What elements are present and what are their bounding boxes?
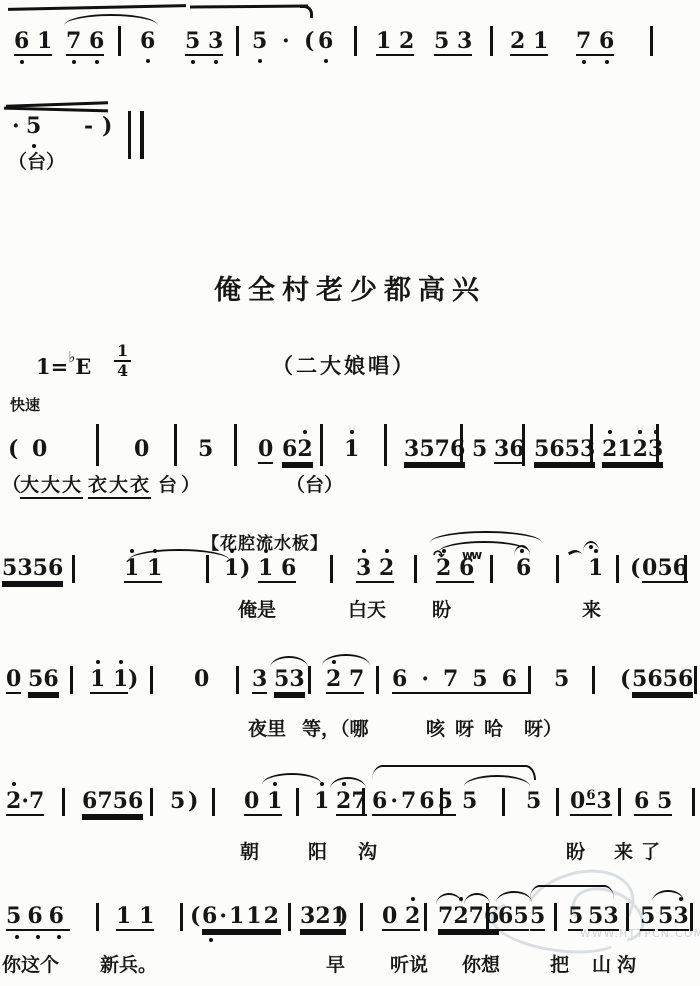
notation-system: 5661 1(6·112321)0 27276655553553你这个新兵。早听… <box>0 878 700 986</box>
note-group: 56 <box>28 668 59 694</box>
barline <box>440 788 443 816</box>
note-group: 2123 <box>602 438 663 464</box>
barline <box>150 788 153 816</box>
octave-dot-above <box>442 549 446 553</box>
lyric-text: 沟 <box>358 843 377 862</box>
barline <box>616 555 619 583</box>
fermata-dot <box>520 549 524 553</box>
barline <box>376 666 379 694</box>
note-group: ) <box>338 905 348 927</box>
note-group: 1 1 <box>116 905 154 931</box>
note-group: 6 5 <box>634 790 672 816</box>
tie-line <box>190 4 308 8</box>
note-group: 2 7 <box>326 668 364 694</box>
barline <box>206 555 209 583</box>
note-group: 0 <box>6 668 21 694</box>
lyric-text: （ <box>2 476 21 495</box>
barline <box>684 555 687 583</box>
key-signature: 1=♭E <box>36 352 91 379</box>
note-group: 1 1 <box>124 557 162 583</box>
note-group: 6·756 <box>392 668 531 694</box>
barline <box>296 788 299 816</box>
note-group: ( <box>190 905 200 927</box>
note-group: 5 3 <box>434 30 472 56</box>
barline <box>320 424 323 466</box>
lyric-text: 山沟 <box>592 956 642 975</box>
note-group: ( <box>630 557 640 579</box>
barline <box>650 26 653 56</box>
octave-dot-below <box>209 938 213 942</box>
octave-dot-above <box>12 782 16 786</box>
barline <box>118 26 121 56</box>
tempo-marking: 快速 <box>10 394 40 415</box>
note-group: 2 1 <box>510 30 548 56</box>
note-group: 5 3 <box>185 30 223 56</box>
grace-note: 6 <box>586 788 595 805</box>
note-group: 566 <box>6 905 70 931</box>
octave-dot-above <box>230 549 234 553</box>
note-group: 62 <box>282 438 313 464</box>
note-group: 6 <box>516 557 531 579</box>
sheet-music-page: 俺全村老少都高兴 1=♭E 14 （二大娘唱） 快速 WWW.HTTPCN.CO… <box>0 0 700 986</box>
lyric-text: 你这个 <box>2 956 59 975</box>
key-and-meter-line: 1=♭E 14 （二大娘唱） <box>0 342 700 392</box>
octave-dot-below <box>605 60 609 64</box>
note-group: 36 <box>494 438 525 464</box>
octave-dot-below <box>36 935 40 939</box>
flat-sign: ♭ <box>68 348 75 366</box>
octave-dot-above <box>459 897 463 901</box>
tie-line <box>4 107 108 113</box>
lyric-text: 呀） <box>524 720 562 739</box>
lyric-text: 夜里 <box>248 720 286 739</box>
note-group: 0 <box>32 438 47 460</box>
octave-dot-above <box>273 782 277 786</box>
lyric-text: 咳呀哈 <box>426 720 513 739</box>
barline <box>180 903 183 931</box>
barline <box>460 424 463 466</box>
note-group: 5 <box>198 438 213 460</box>
note-group: ( <box>8 438 18 460</box>
note-group: ) <box>188 790 198 812</box>
note-group: 1 <box>224 557 239 579</box>
octave-dot-below <box>214 60 218 64</box>
note-group: 1 <box>314 790 329 812</box>
barline <box>150 666 153 694</box>
notation-system: ·5-)（台） <box>0 95 700 185</box>
lyric-text: 大大大 <box>20 476 83 499</box>
octave-dot-above <box>594 549 598 553</box>
lyric-text: （台） <box>286 476 343 495</box>
note-group: · <box>282 30 290 52</box>
note-group: 1 2 <box>376 30 414 56</box>
note-group: ) <box>102 115 112 137</box>
note-group: 3 2 <box>356 557 394 583</box>
note-group: 5 <box>252 30 267 52</box>
notation-system: 2·767565)0 11276·765550636 5朝阳沟盼来了 <box>0 763 700 868</box>
octave-dot-above <box>679 897 683 901</box>
note-group: 2·7 <box>6 790 44 816</box>
lyric-text: 衣大衣 <box>88 476 151 499</box>
lyric-text: 白天 <box>348 601 386 620</box>
note-group: 6·765 <box>372 790 456 816</box>
barline <box>354 26 357 56</box>
barline <box>626 903 629 931</box>
note-group: 0 1 <box>244 790 282 816</box>
note-group: 5 <box>472 438 487 460</box>
note-group: 2 6 <box>436 557 474 583</box>
lyric-text: 早 <box>326 956 345 975</box>
note-group: 6 <box>318 30 333 52</box>
note-group: 1 6 <box>258 557 296 583</box>
lyric-text: 来 <box>582 601 601 620</box>
octave-dot-below <box>20 60 24 64</box>
note-group: 53 <box>274 668 305 694</box>
octave-dot-above <box>608 430 612 434</box>
lyric-text: 阳 <box>308 843 327 862</box>
note-group: 5653 <box>534 438 595 464</box>
note-group: 7 6 <box>66 30 104 56</box>
note-group: 1 <box>588 557 603 579</box>
notation-system: 6 17 665 35·(61 25 32 17 6 <box>0 0 700 95</box>
lyric-text: 盼 <box>566 843 585 862</box>
slur-arc <box>64 14 158 28</box>
octave-dot-below <box>191 60 195 64</box>
barline <box>236 26 239 56</box>
note-group: 5 <box>526 790 541 812</box>
note-group: 3576 <box>404 438 465 464</box>
note-group: 7 6 <box>576 30 614 56</box>
octave-dot-above <box>638 430 642 434</box>
octave-dot-below <box>15 935 19 939</box>
barline <box>528 666 531 694</box>
barline <box>360 903 363 931</box>
note-group: 5 <box>568 905 583 931</box>
note-group: 5656 <box>632 668 693 694</box>
song-title: 俺全村老少都高兴 <box>0 268 700 307</box>
tie-line <box>8 4 186 11</box>
octave-dot-below <box>258 59 262 63</box>
barline <box>618 788 621 816</box>
octave-dot-above <box>96 660 100 664</box>
barline <box>62 788 65 816</box>
lyric-text: 把 <box>550 956 569 975</box>
barline <box>236 666 239 694</box>
lyric-text: 盼 <box>432 601 451 620</box>
octave-dot-above <box>119 660 123 664</box>
note-group: 0 <box>258 438 273 464</box>
barline <box>592 666 595 694</box>
octave-dot-below <box>57 935 61 939</box>
note-group: 3 <box>252 668 267 694</box>
barline <box>556 788 559 816</box>
time-signature: 14 <box>114 342 131 379</box>
lyric-text: 新兵。 <box>100 956 157 975</box>
barline <box>556 555 559 583</box>
note-group: 7276 <box>438 905 499 931</box>
note-group: 65 <box>498 905 529 931</box>
note-group: 6·112 <box>202 905 281 931</box>
octave-dot-above <box>332 660 336 664</box>
note-group: · <box>12 115 20 137</box>
octave-dot-below <box>95 60 99 64</box>
barline <box>554 903 557 931</box>
slur-arc <box>262 773 322 787</box>
barline <box>72 555 75 583</box>
octave-dot-above <box>362 549 366 553</box>
note-group: 6 1 <box>14 30 52 56</box>
octave-dot-above <box>411 897 415 901</box>
notation-system: 0561 1)03532 76·7565(5656夜里等，（哪咳呀哈呀） <box>0 642 700 742</box>
barline <box>490 555 493 583</box>
lyric-text: （台） <box>8 153 65 172</box>
note-group: 53 <box>658 905 689 931</box>
note-group: 5 <box>530 905 545 931</box>
barline <box>692 788 695 816</box>
note-group: ) <box>128 668 138 690</box>
octave-dot-above <box>153 549 157 553</box>
note-group: 53 <box>588 905 619 931</box>
barline <box>308 666 311 694</box>
octave-dot-above <box>342 782 346 786</box>
note-group: 063 <box>570 790 612 816</box>
octave-dot-above <box>264 549 268 553</box>
lyric-text: 等，（哪 <box>302 720 369 739</box>
note-group: 6 <box>140 30 155 52</box>
note-group: 1 1 <box>90 668 128 694</box>
barline <box>362 788 365 816</box>
note-group: 0 <box>134 438 149 460</box>
barline <box>486 903 489 931</box>
note-group: 5356 <box>2 557 63 583</box>
tie-hook <box>300 5 313 18</box>
barline <box>96 903 99 931</box>
notation-system: ↷ww【花腔流水板】53561 11)1 63 22 661(056俺是白天盼来 <box>0 525 700 625</box>
octave-dot-above <box>385 549 389 553</box>
lyric-text: 你想 <box>462 956 500 975</box>
note-group: 0 2 <box>382 905 420 931</box>
lyric-text: 听说 <box>390 956 428 975</box>
note-group: ( <box>620 668 630 690</box>
note-group: 1 <box>344 438 359 460</box>
barline <box>330 555 333 583</box>
octave-dot-above <box>303 430 307 434</box>
notation-system: (0050621357653656532123（大大大衣大衣台）（台） <box>0 422 700 507</box>
barline <box>96 424 99 466</box>
lyric-text: 台） <box>158 476 204 495</box>
barline <box>694 666 697 694</box>
octave-dot-below <box>582 60 586 64</box>
fermata-mark <box>514 545 530 555</box>
note-group: 5 <box>26 115 41 137</box>
note-group: 056 <box>642 557 688 583</box>
barline <box>502 788 505 816</box>
barline <box>414 555 417 583</box>
fermata-dot <box>589 545 593 549</box>
singer-label: （二大娘唱） <box>272 350 416 380</box>
note-group: 5 <box>170 790 185 812</box>
barline <box>212 788 215 816</box>
octave-dot-below <box>32 144 36 148</box>
slur-arc <box>530 885 614 899</box>
barline <box>424 903 427 931</box>
final-barline <box>128 111 144 159</box>
barline <box>288 903 291 931</box>
octave-dot-below <box>146 59 150 63</box>
lyric-text: 朝 <box>240 843 259 862</box>
note-group: ) <box>240 557 250 579</box>
barline <box>690 903 693 931</box>
barline <box>174 424 177 466</box>
note-group: 6756 <box>82 790 143 816</box>
lyric-text: 来了 <box>614 843 668 862</box>
note-group: - <box>84 115 93 137</box>
note-group: 5 <box>554 668 569 690</box>
octave-dot-above <box>320 782 324 786</box>
lyric-text: 俺是 <box>238 601 276 620</box>
note-group: 5 <box>462 790 477 812</box>
octave-dot-above <box>350 430 354 434</box>
octave-dot-above <box>130 549 134 553</box>
octave-dot-below <box>72 60 76 64</box>
barline <box>522 424 525 466</box>
note-group: 0 <box>194 668 209 690</box>
barline <box>590 424 593 466</box>
octave-dot-below <box>324 59 328 63</box>
note-group: ( <box>304 30 314 52</box>
barline <box>70 666 73 694</box>
barline <box>490 26 493 56</box>
barline <box>234 424 237 466</box>
barline <box>384 424 387 466</box>
note-group: 5 <box>640 905 655 931</box>
barline <box>656 424 659 466</box>
grace-tick <box>568 547 584 563</box>
